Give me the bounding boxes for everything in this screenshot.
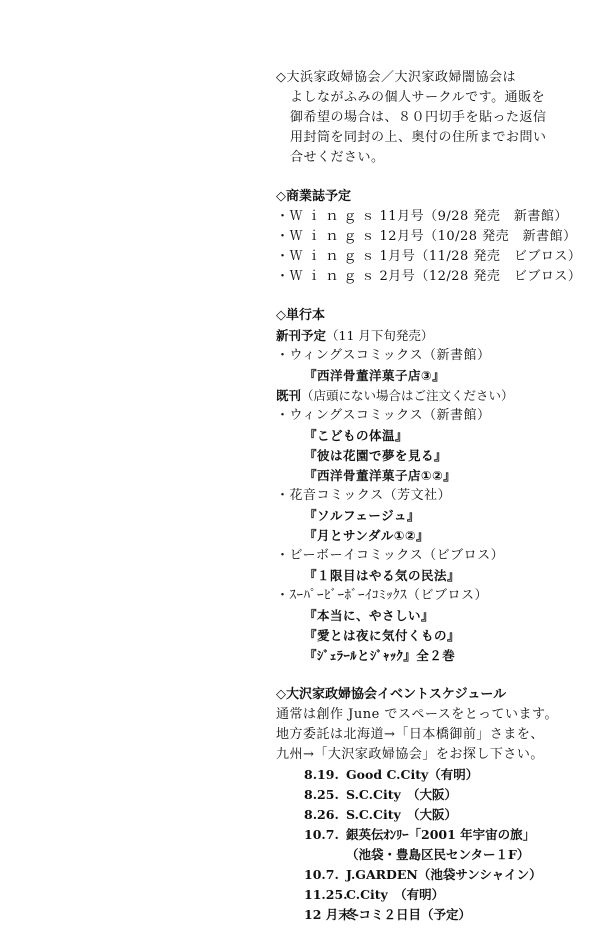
schedule-row: 8.25.S.C.City （大阪） bbox=[276, 785, 576, 805]
publisher-line: ウィングスコミックス（新書館） bbox=[276, 346, 576, 366]
events-line: 九州→「大沢家政婦協会」をお探し下さい。 bbox=[276, 745, 576, 765]
spacer bbox=[276, 666, 576, 685]
book-title: 『西洋骨董洋菓子店③』 bbox=[276, 366, 576, 386]
published-heading: 既刊（店頭にない場合はご注文ください） bbox=[276, 386, 576, 406]
upcoming-heading: 新刊予定（11 月下旬発売） bbox=[276, 326, 576, 346]
published-label: 既刊 bbox=[276, 388, 301, 403]
intro-line: 用封筒を同封の上、奥付の住所までお問い bbox=[276, 128, 576, 148]
magazine-item: Ｗｉｎｇｓ12月号（10/28 発売 新書館） bbox=[276, 227, 576, 247]
magazine-item: Ｗｉｎｇｓ2月号（12/28 発売 ビブロス） bbox=[276, 267, 576, 287]
magazine-issue: 2月号 bbox=[380, 269, 416, 284]
section-heading: ◇商業誌予定 bbox=[276, 187, 576, 207]
intro-line: 御希望の場合は、８０円切手を貼った返信 bbox=[276, 108, 576, 128]
publisher-line: ｽｰﾊﾟｰﾋﾞｰﾎﾞｰｲｺﾐｯｸｽ（ビブロス） bbox=[276, 586, 576, 606]
spacer bbox=[276, 168, 576, 187]
schedule-date: 8.19. bbox=[304, 765, 346, 785]
magazine-prefix: Ｗｉｎｇｓ bbox=[290, 249, 380, 264]
publisher-line: ビーボーイコミックス（ビブロス） bbox=[276, 546, 576, 566]
magazine-detail: （12/28 発売 ビブロス） bbox=[415, 269, 581, 284]
published-note: （店頭にない場合はご注文ください） bbox=[301, 388, 514, 403]
magazine-detail: （10/28 発売 新書館） bbox=[424, 229, 577, 244]
schedule-continuation: （池袋・豊島区民センター１F） bbox=[276, 845, 576, 865]
schedule-event: Good C.City（有明） bbox=[346, 765, 478, 785]
schedule-event: S.C.City （大阪） bbox=[346, 785, 457, 805]
schedule-event: 冬コミ２日目（予定） bbox=[346, 905, 471, 925]
publisher-line: 花音コミックス（芳文社） bbox=[276, 486, 576, 506]
schedule-date: 12 月末 bbox=[304, 905, 346, 925]
schedule-row: 12 月末冬コミ２日目（予定） bbox=[276, 905, 576, 925]
schedule-event: C.City （有明） bbox=[346, 885, 444, 905]
book-title: 『西洋骨董洋菓子店①②』 bbox=[276, 466, 576, 486]
events-section: ◇大沢家政婦協会イベントスケジュール 通常は創作 June でスペースをとってい… bbox=[276, 685, 576, 925]
schedule-date: 8.26. bbox=[304, 805, 346, 825]
schedule-date: 11.25. bbox=[304, 885, 346, 905]
book-title: 『愛とは夜に気付くもの』 bbox=[276, 626, 576, 646]
intro-line: ◇大浜家政婦協会／大沢家政婦闇協会は bbox=[276, 68, 576, 88]
section-heading: ◇大沢家政婦協会イベントスケジュール bbox=[276, 685, 576, 705]
magazine-section: ◇商業誌予定 Ｗｉｎｇｓ11月号（9/28 発売 新書館） Ｗｉｎｇｓ12月号（… bbox=[276, 187, 576, 287]
upcoming-label: 新刊予定 bbox=[276, 328, 326, 343]
magazine-issue: 1月号 bbox=[380, 249, 416, 264]
intro-line: よしながふみの個人サークルです。通販を bbox=[276, 88, 576, 108]
document-page: ◇大浜家政婦協会／大沢家政婦闇協会は よしながふみの個人サークルです。通販を 御… bbox=[276, 68, 576, 925]
magazine-detail: （11/28 発売 ビブロス） bbox=[415, 249, 581, 264]
book-title: 『月とサンダル①②』 bbox=[276, 526, 576, 546]
events-line: 通常は創作 June でスペースをとっています。 bbox=[276, 705, 576, 725]
schedule-row: 8.26.S.C.City （大阪） bbox=[276, 805, 576, 825]
book-title: 『ｼﾞｪﾗｰﾙとｼﾞｬｯｸ』全２巻 bbox=[276, 646, 576, 666]
magazine-issue: 12月号 bbox=[380, 229, 425, 244]
schedule-row: 10.7.J.GARDEN（池袋サンシャイン） bbox=[276, 865, 576, 885]
schedule-date: 10.7. bbox=[304, 825, 346, 845]
book-title: 『１限目はやる気の民法』 bbox=[276, 566, 576, 586]
magazine-prefix: Ｗｉｎｇｓ bbox=[290, 209, 380, 224]
schedule-date: 8.25. bbox=[304, 785, 346, 805]
events-line: 地方委託は北海道→「日本橋御前」さまを、 bbox=[276, 725, 576, 745]
publisher-line: ウィングスコミックス（新書館） bbox=[276, 406, 576, 426]
upcoming-note: （11 月下旬発売） bbox=[326, 328, 433, 343]
schedule-row: 11.25.C.City （有明） bbox=[276, 885, 576, 905]
books-section: ◇単行本 新刊予定（11 月下旬発売） ウィングスコミックス（新書館） 『西洋骨… bbox=[276, 306, 576, 666]
spacer bbox=[276, 287, 576, 306]
intro-section: ◇大浜家政婦協会／大沢家政婦闇協会は よしながふみの個人サークルです。通販を 御… bbox=[276, 68, 576, 168]
schedule-event: 銀英伝ｵﾝﾘｰ「2001 年宇宙の旅」 bbox=[346, 825, 535, 845]
book-title: 『本当に、やさしい』 bbox=[276, 606, 576, 626]
magazine-prefix: Ｗｉｎｇｓ bbox=[290, 229, 380, 244]
schedule-event: S.C.City （大阪） bbox=[346, 805, 457, 825]
book-title: 『彼は花園で夢を見る』 bbox=[276, 446, 576, 466]
magazine-prefix: Ｗｉｎｇｓ bbox=[290, 269, 380, 284]
schedule-date: 10.7. bbox=[304, 865, 346, 885]
schedule-row: 8.19.Good C.City（有明） bbox=[276, 765, 576, 785]
magazine-item: Ｗｉｎｇｓ11月号（9/28 発売 新書館） bbox=[276, 207, 576, 227]
schedule-row: 10.7.銀英伝ｵﾝﾘｰ「2001 年宇宙の旅」 bbox=[276, 825, 576, 845]
section-heading: ◇単行本 bbox=[276, 306, 576, 326]
book-title: 『ソルフェージュ』 bbox=[276, 506, 576, 526]
intro-line: 合せください。 bbox=[276, 148, 576, 168]
book-title: 『こどもの体温』 bbox=[276, 426, 576, 446]
magazine-issue: 11月号 bbox=[380, 209, 425, 224]
schedule-event: J.GARDEN（池袋サンシャイン） bbox=[346, 865, 542, 885]
magazine-item: Ｗｉｎｇｓ1月号（11/28 発売 ビブロス） bbox=[276, 247, 576, 267]
magazine-detail: （9/28 発売 新書館） bbox=[424, 209, 568, 224]
